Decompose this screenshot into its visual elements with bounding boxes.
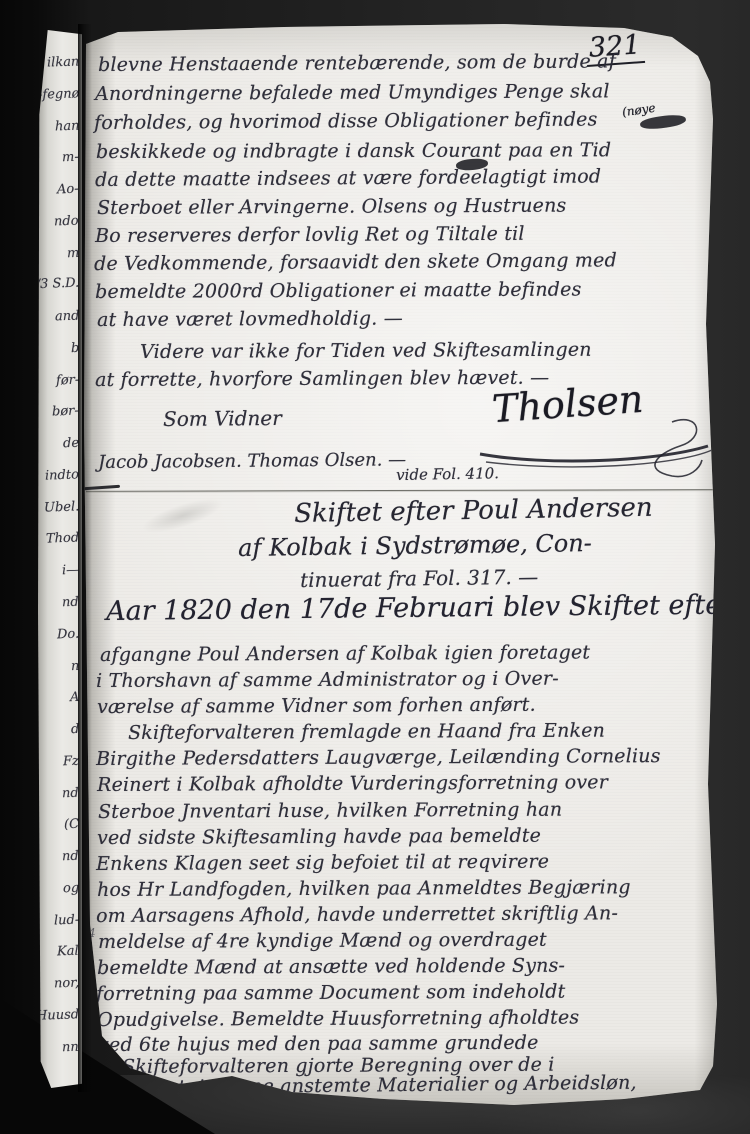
manuscript-line: blevne Henstaaende rentebærende, som de …	[98, 52, 616, 75]
fragment: Ubel.	[44, 500, 80, 514]
fragment: Kal	[57, 945, 79, 959]
manuscript-line: bemeldte 2000rd Obligationer ei maatte b…	[95, 280, 582, 302]
fragment: (C	[64, 818, 79, 832]
witnesses-line: Jacob Jacobsen. Thomas Olsen. —	[98, 451, 406, 472]
manuscript-line: Videre var ikke for Tiden ved Skiftesaml…	[140, 341, 592, 362]
fragment: Huusd	[36, 1008, 80, 1022]
witness-intro: Som Vidner	[163, 408, 282, 429]
fragment: indto	[45, 468, 79, 482]
fragment: nd	[62, 850, 79, 864]
manuscript-line: Opudgivelse. Bemeldte Huusforretning afh…	[97, 1008, 579, 1030]
manuscript-line: forholdes, og hvorimod disse Obligatione…	[94, 110, 598, 133]
manuscript-line: de Vedkommende, forsaavidt den skete Omg…	[94, 251, 617, 274]
manuscript-line: afgangne Poul Andersen af Kolbak igien f…	[100, 643, 590, 665]
manuscript-line: Birgithe Pedersdatters Laugværge, Leilæn…	[96, 747, 661, 769]
manuscript-line: Bo reserveres derfor lovlig Ret og Tilta…	[95, 225, 525, 246]
manuscript-line: værelse af samme Vidner som forhen anfør…	[97, 696, 536, 717]
manuscript-line: da dette maatte indsees at være fordeela…	[95, 167, 601, 190]
fragment: -fegnø	[37, 87, 79, 101]
fragment: Thod	[46, 532, 80, 546]
manuscript-page: 321 blevne Henstaaende rentebærende, som…	[84, 24, 720, 1108]
manuscript-line: beskikkede og indbragte i dansk Courant …	[96, 141, 611, 162]
manuscript-line: forretning paa samme Document som indeho…	[96, 983, 565, 1004]
interlinear-insertion: (nøye	[621, 101, 656, 120]
archival-scan: ilkan -fegnø han m- Ao- ndo m Rbt 1/3 S.…	[0, 0, 750, 1134]
fragment: ndo	[54, 214, 79, 228]
fragment: og	[63, 882, 80, 896]
fragment: i—	[62, 564, 80, 578]
binding-gutter-shadow	[78, 24, 92, 1092]
entry-divider-rule	[86, 489, 716, 492]
manuscript-line: Reinert i Kolbak afholdte Vurderingsforr…	[97, 773, 608, 795]
manuscript-line: Sterboet eller Arvingerne. Olsens og Hus…	[97, 197, 567, 218]
manuscript-line: Sterboe Jnventari huse, hvilken Forretni…	[98, 801, 562, 822]
manuscript-line: meldelse af 4re kyndige Mænd og overdrag…	[98, 931, 547, 952]
fragment: nn	[62, 1040, 79, 1054]
fragment: Ao-	[57, 183, 79, 197]
manuscript-line: i Thorshavn af samme Administrator og i …	[96, 670, 559, 691]
fragment: Do.	[57, 627, 80, 641]
date-line: Aar 1820 den 17de Februari blev Skiftet …	[106, 591, 734, 625]
manuscript-line: bemeldte Mænd at ansætte ved holdende Sy…	[97, 957, 565, 978]
manuscript-line: ved sidste Skiftesamling havde paa bemel…	[97, 827, 541, 848]
manuscript-line: Enkens Klagen seet sig befoiet til at re…	[96, 853, 549, 874]
fragment: lud-	[54, 913, 80, 927]
fragment: Fz	[63, 755, 79, 769]
manuscript-line: at forrette, hvorfore Samlingen blev hæv…	[95, 369, 549, 390]
fragment: m-	[62, 151, 79, 165]
entry-heading-line: tinuerat fra Fol. 317. —	[300, 567, 538, 590]
fragment: de	[63, 437, 79, 451]
fragment: han	[54, 119, 79, 133]
fragment: før-	[56, 373, 80, 387]
fragment: ilkan	[46, 55, 79, 69]
entry-heading-line: Skiftet efter Poul Andersen	[294, 495, 653, 527]
fragment: nd	[62, 786, 79, 800]
manuscript-line: ved 6te hujus med den paa samme grundede	[98, 1034, 539, 1055]
facing-page-text-fragments: ilkan -fegnø han m- Ao- ndo m Rbt 1/3 S.…	[38, 30, 82, 1088]
fragment: Rbt 1/3 S.D.	[0, 277, 79, 293]
fragment: and	[54, 310, 79, 324]
manuscript-line: Anordningerne befalede med Umyndiges Pen…	[95, 82, 610, 104]
fragment: nor,	[54, 977, 80, 991]
fragment: bør-	[52, 405, 79, 419]
manuscript-line: at have været lovmedholdig. —	[97, 309, 403, 330]
fragment: nd	[62, 596, 79, 610]
entry-heading-line: af Kolbak i Sydstrømøe, Con-	[238, 531, 592, 560]
manuscript-line: Skifteforvalteren fremlagde en Haand fra…	[128, 722, 605, 743]
facing-page-sliver: ilkan -fegnø han m- Ao- ndo m Rbt 1/3 S.…	[38, 30, 82, 1088]
vide-note: vide Fol. 410.	[396, 466, 499, 483]
manuscript-line: om Aarsagens Afhold, havde underrettet s…	[96, 904, 618, 926]
manuscript-line: hos Hr Landfogden, hvilken paa Anmeldtes…	[97, 878, 631, 900]
